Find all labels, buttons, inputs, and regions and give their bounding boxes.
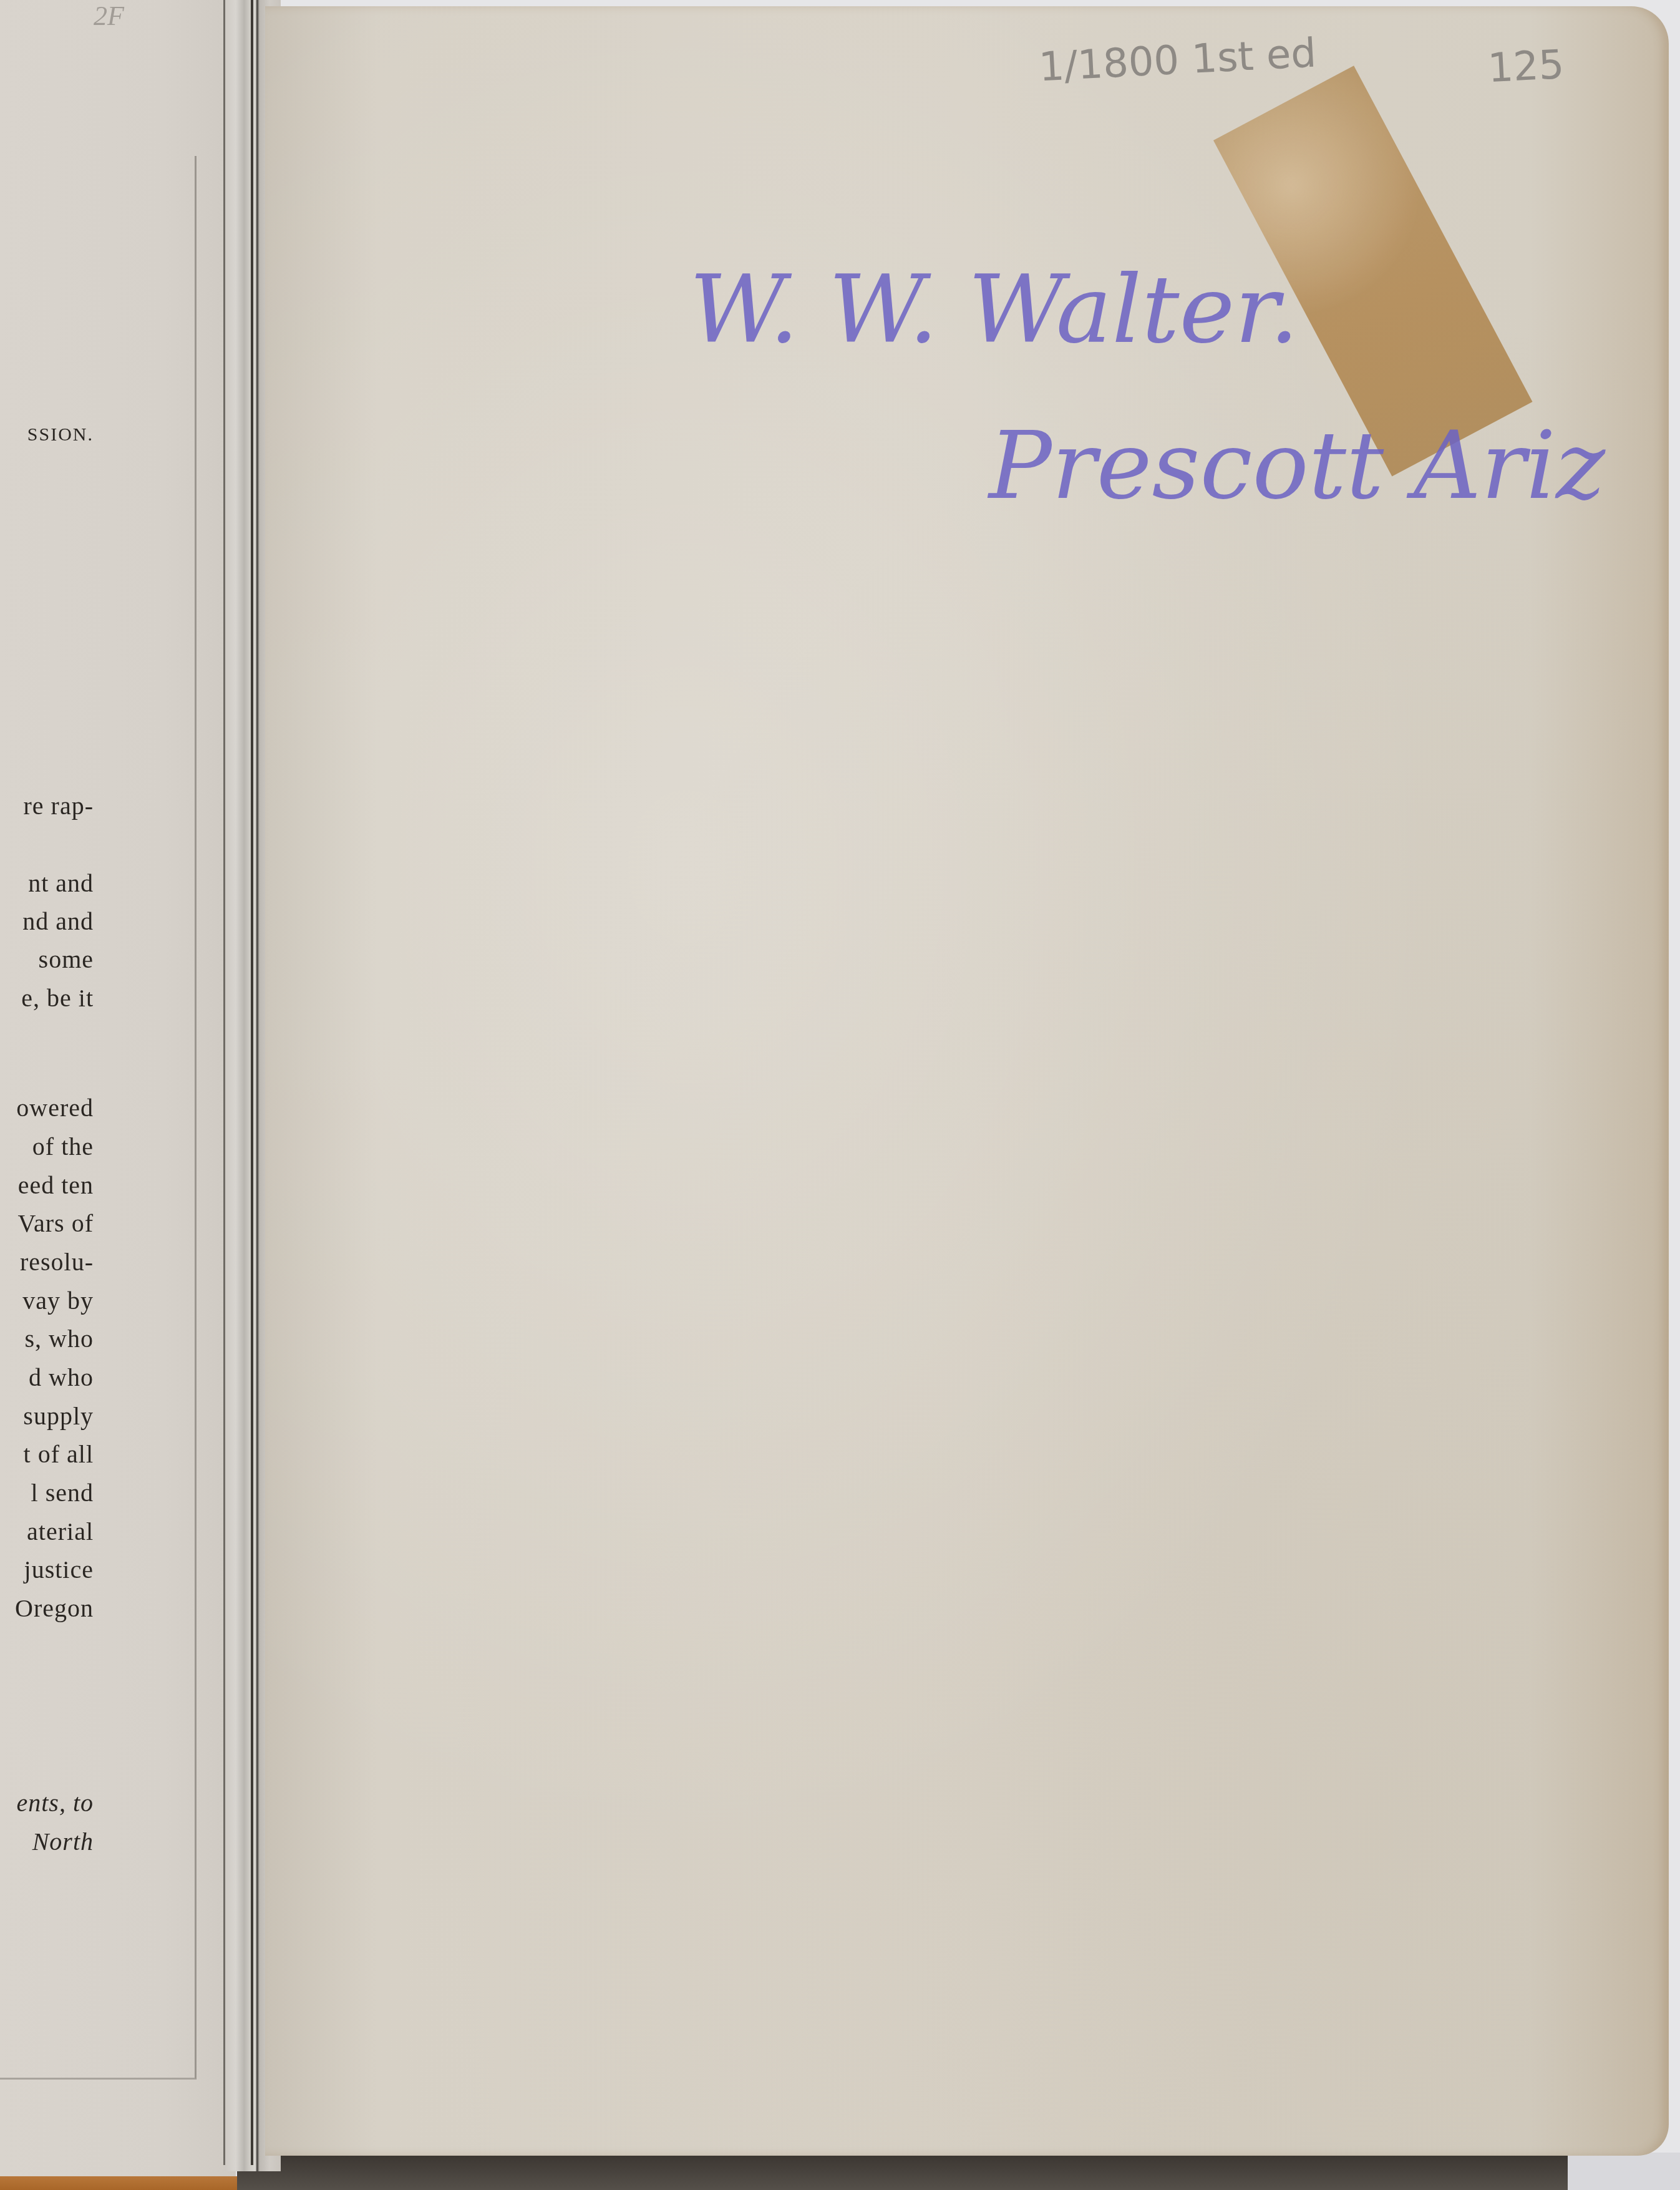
inscription-name: W. W. Walter. (689, 256, 1299, 364)
text-line: Vars of (18, 1209, 94, 1238)
text-line: t of all (24, 1439, 94, 1469)
text-line: supply (23, 1401, 94, 1431)
cover-edge (0, 2176, 237, 2190)
text-line: e, be it (21, 983, 94, 1013)
pencil-note-edition: 1/1800 1st ed (1037, 30, 1317, 90)
text-line: aterial (27, 1517, 94, 1546)
table-surface (237, 2153, 1680, 2190)
text-line: re rap- (24, 791, 94, 820)
book-photo: 2F SSION. re rap- nt and nd and some e, … (0, 0, 1680, 2190)
text-line: of the (32, 1132, 94, 1161)
gutter-fold-line (251, 0, 253, 2165)
pencil-mark: 2F (94, 0, 124, 32)
text-line: resolu- (20, 1247, 94, 1277)
text-line: nt and (28, 869, 94, 898)
heading-fragment: SSION. (27, 424, 94, 445)
text-line: justice (24, 1555, 94, 1584)
left-printed-page: 2F SSION. re rap- nt and nd and some e, … (0, 0, 236, 2178)
text-line: s, who (25, 1324, 94, 1353)
text-line: owered (16, 1093, 94, 1122)
text-line: l send (31, 1478, 94, 1507)
background-surface (1568, 2153, 1680, 2190)
italic-text-line: North (32, 1827, 94, 1856)
flyleaf-page: 1/1800 1st ed 125 W. W. Walter. Prescott… (265, 6, 1669, 2156)
gutter-edge-line (223, 0, 225, 2165)
text-line: Oregon (15, 1594, 94, 1623)
text-line: vay by (22, 1286, 94, 1315)
text-line: some (39, 945, 94, 974)
text-line: d who (29, 1363, 94, 1392)
italic-text-line: ents, to (16, 1788, 94, 1818)
text-line: eed ten (18, 1170, 94, 1200)
text-line: nd and (22, 907, 94, 936)
inscription-place: Prescott Ariz (989, 412, 1605, 520)
pencil-note-price: 125 (1487, 42, 1565, 92)
